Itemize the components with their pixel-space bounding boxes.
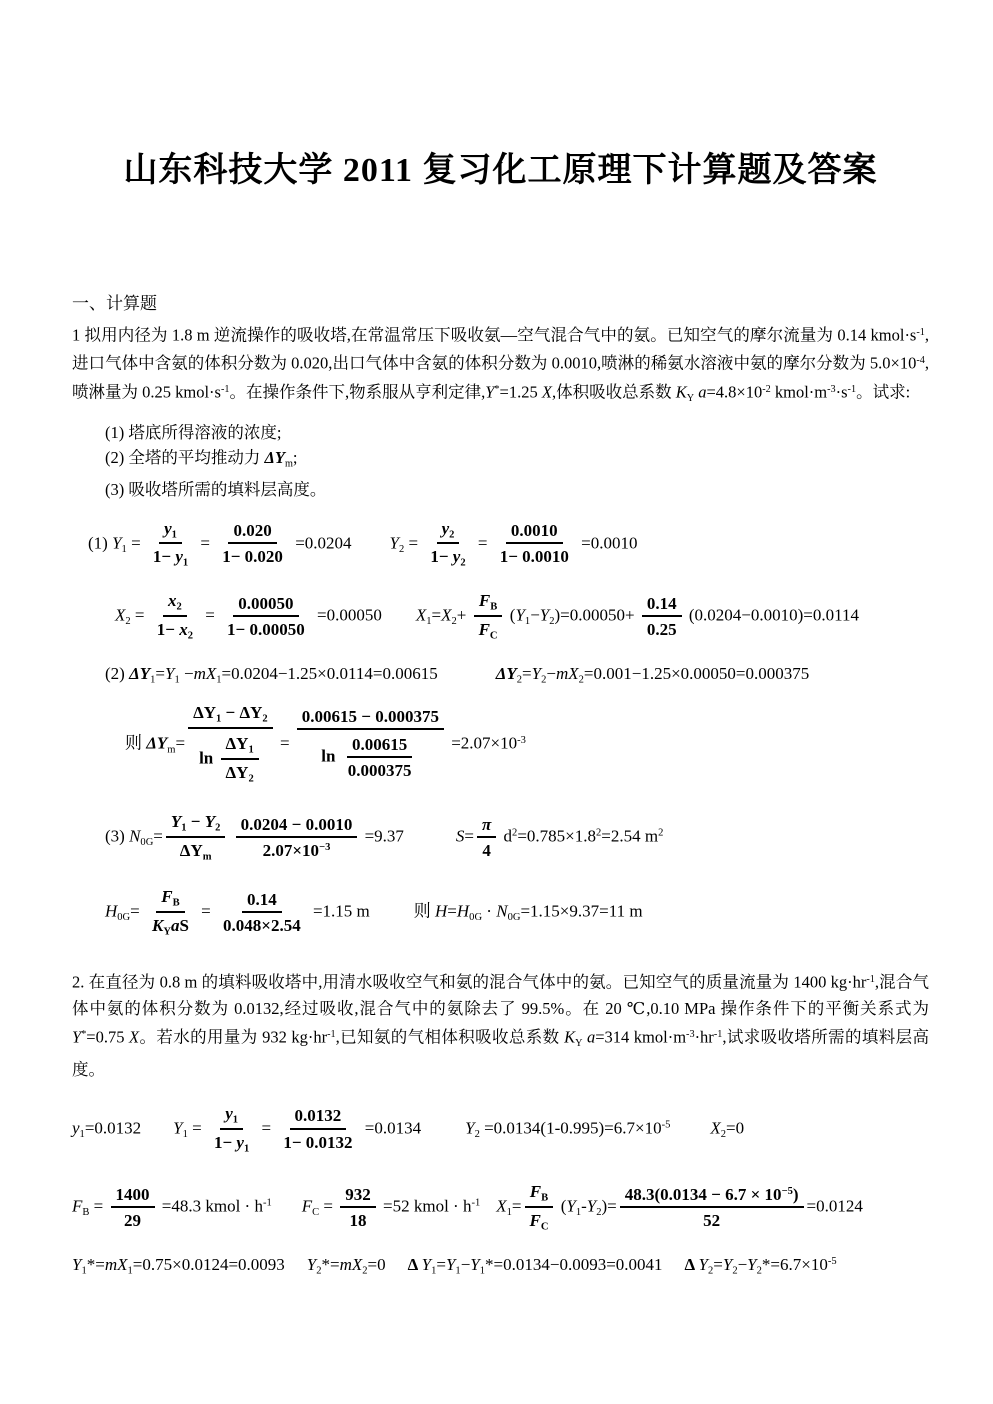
fraction: 0.006150.000375 (343, 734, 417, 782)
text-token: − (221, 703, 239, 722)
text-token: 则 (125, 734, 146, 753)
text-token: Δ (685, 1255, 699, 1274)
text-token: Y (723, 1255, 732, 1274)
text-token: -1 (916, 327, 925, 338)
text-token: = (153, 827, 163, 846)
text-token: X (416, 606, 426, 625)
text-token: -1 (848, 384, 857, 395)
text-token: m (285, 459, 293, 470)
text-token: = (155, 664, 165, 683)
text-token: =1.15×9.37=11 m (520, 901, 642, 920)
text-token: 1 (244, 1143, 249, 1154)
text-token: Y (540, 606, 549, 625)
text-token: −5 (782, 1186, 793, 1197)
fraction: 93218 (340, 1184, 376, 1232)
formula-deltay1-deltay2: (2) ΔY1=Y1 −mX1=0.0204−1.25×0.0114=0.006… (105, 663, 929, 688)
text-token: ·hr (695, 1027, 714, 1046)
text-token: − (180, 664, 194, 683)
spacer (404, 841, 456, 842)
formula-nog-s: (3) N0G=Y1 − Y2ΔYm 0.0204 − 0.00102.07×1… (105, 809, 929, 866)
text-token: Y (699, 1255, 708, 1274)
text-token: ln (199, 748, 217, 767)
formula-y1-y2: (1) Y1 = y11− y1 = 0.0201− 0.020 =0.0204… (88, 516, 929, 573)
text-token: 2 (188, 631, 193, 642)
text-token: *= (87, 1255, 105, 1274)
text-token: 52 (703, 1211, 720, 1230)
fraction: ΔY1ΔY2 (221, 733, 259, 786)
text-token: 1− (214, 1133, 236, 1152)
text-token: =0.0010 (577, 533, 638, 552)
text-token: Y (163, 927, 171, 938)
text-token: y (175, 547, 183, 566)
problem1-question-2: (2) 全塔的平均推动力 ΔYm; (105, 445, 929, 477)
text-token: -5 (828, 1256, 837, 1267)
text-token: =0.0124 (807, 1197, 863, 1216)
text-token: = (130, 901, 144, 920)
text-token: 0.048×2.54 (223, 916, 301, 935)
text-token: y (72, 1118, 80, 1137)
text-token: ( (556, 1197, 566, 1216)
text-token: X (710, 1118, 720, 1137)
problem1-statement: 1 拟用内径为 1.8 m 逆流操作的吸收塔,在常温常压下吸收氨—空气混合气中的… (72, 320, 929, 412)
text-token: -3 (827, 384, 836, 395)
text-token: y (236, 1133, 244, 1152)
text-token: = (404, 533, 422, 552)
text-token: 4 (482, 841, 491, 860)
text-token: =2.07×10 (447, 734, 517, 753)
text-token: mX (194, 664, 217, 683)
text-token: 1− (430, 547, 452, 566)
spacer (438, 678, 496, 679)
text-token: 0G (117, 912, 130, 923)
text-token: =9.37 (360, 827, 404, 846)
text-token: 。试求: (856, 382, 910, 401)
text-token: *=6.7×10 (762, 1255, 828, 1274)
text-token: = (431, 606, 441, 625)
text-token: 0.0204 − 0.0010 (241, 815, 353, 834)
text-token: =0.75×0.0124=0.0093 (133, 1255, 285, 1274)
text-token: 0.000375 (348, 761, 412, 780)
text-token: N (496, 901, 507, 920)
text-token: 2 (176, 602, 181, 613)
text-token: = (447, 901, 457, 920)
text-token: =0.75 (86, 1027, 129, 1046)
text-token: 1− 0.0010 (500, 547, 569, 566)
text-token: =0 (368, 1255, 386, 1274)
spacer (480, 1211, 496, 1212)
text-token: *= (322, 1255, 340, 1274)
text-token: B (173, 898, 180, 909)
text-token: y (225, 1104, 233, 1123)
text-token: (0.0204−0.0010)=0.0114 (685, 606, 859, 625)
fraction: 0.0201− 0.020 (217, 520, 288, 568)
text-token: = (319, 1197, 337, 1216)
text-token: F (530, 1211, 541, 1230)
text-token: =0.0204−1.25×0.0114=0.00615 (222, 664, 438, 683)
spacer (370, 915, 414, 916)
text-token: -1 (327, 1029, 336, 1040)
text-token: −3 (319, 843, 330, 854)
text-token: -3 (517, 735, 526, 746)
text-token: = (257, 1118, 275, 1137)
text-token: =314 kmol·m (595, 1027, 686, 1046)
text-token: = (713, 1255, 723, 1274)
text-token: = (512, 1197, 522, 1216)
fraction: 0.140.048×2.54 (218, 889, 306, 937)
text-token: mX (556, 664, 579, 683)
fraction: 48.3(0.0134 − 6.7 × 10−5)52 (620, 1184, 804, 1232)
text-token: F (302, 1197, 312, 1216)
text-token: a (587, 1027, 595, 1046)
text-token: Y (307, 1255, 316, 1274)
text-token: ΔY (180, 841, 203, 860)
text-token: X (496, 1197, 506, 1216)
text-token: ΔY (193, 703, 216, 722)
text-token: =0 (726, 1118, 744, 1137)
text-token: -1 (263, 1198, 272, 1209)
text-token: H (457, 901, 469, 920)
text-token: Δ (408, 1255, 422, 1274)
text-token: =0.0132 (85, 1118, 141, 1137)
text-token: Y (747, 1255, 756, 1274)
text-token: ) (793, 1185, 799, 1204)
text-token: =0.785×1.8 (517, 827, 596, 846)
text-token: X (129, 1027, 139, 1046)
text-token: =1.25 (500, 382, 542, 401)
text-token: 则 (414, 901, 435, 920)
text-token: B (541, 1193, 548, 1204)
text-token: ( (506, 606, 516, 625)
text-token: ln (321, 747, 339, 766)
fraction: 0.0204 − 0.00102.07×10−3 (236, 814, 358, 862)
text-token: ,已知氨的气相体积吸收总系数 (336, 1027, 564, 1046)
text-token: (3) (105, 827, 129, 846)
text-token: 0.14 (647, 594, 677, 613)
text-token: Y (566, 1197, 575, 1216)
text-token (228, 827, 232, 846)
text-token: Y (446, 1255, 455, 1274)
text-token: Y (587, 1197, 596, 1216)
text-token: Y (171, 812, 181, 831)
text-token: ΔY (226, 763, 249, 782)
text-token: − (461, 1255, 471, 1274)
text-token: 0G (508, 912, 521, 923)
text-token: 0.0010 (511, 521, 558, 540)
text-token: =0.0134(1-0.995)=6.7×10 (480, 1118, 662, 1137)
text-token: -1 (866, 974, 875, 985)
spacer (141, 1132, 173, 1133)
text-token: 2 (460, 558, 465, 569)
problem2-statement: 2. 在直径为 0.8 m 的填料吸收塔中,用清水吸收空气和氨的混合气体中的氨。… (72, 967, 929, 1083)
text-token: 0.25 (647, 620, 677, 639)
text-token: C (490, 631, 498, 642)
text-token: 2. 在直径为 0.8 m 的填料吸收塔中,用清水吸收空气和氨的混合气体中的氨。… (72, 973, 866, 992)
text-token: Y (173, 1118, 182, 1137)
text-token: mX (105, 1255, 128, 1274)
text-token: 1− 0.0132 (283, 1133, 352, 1152)
text-token: = (276, 734, 294, 753)
text-token: ΔY (226, 734, 249, 753)
text-token: X (441, 606, 451, 625)
text-token: · (482, 901, 496, 920)
text-token: 。在操作条件下,物系服从亨利定律, (229, 382, 485, 401)
text-token: ΔY (129, 664, 150, 683)
text-token: -1 (471, 1198, 480, 1209)
text-token: B (490, 602, 497, 613)
text-token: =0.00050 (313, 606, 382, 625)
text-token: ΔY (239, 703, 262, 722)
text-token: 1400 (116, 1185, 150, 1204)
text-token: x (179, 620, 188, 639)
document-page: 山东科技大学 2011 复习化工原理下计算题及答案 一、计算题 1 拟用内径为 … (0, 150, 993, 1279)
text-token: ,体积吸收总系数 (552, 382, 676, 401)
spacer (670, 1132, 710, 1133)
fraction: 0.01321− 0.0132 (278, 1105, 357, 1153)
text-token: K (564, 1027, 575, 1046)
text-token: 1 (248, 744, 253, 755)
fraction: y21− y2 (425, 518, 470, 571)
text-token: 0.00050 (238, 594, 293, 613)
fraction: y11− y1 (209, 1103, 254, 1156)
text-token: = (436, 1255, 446, 1274)
page-title: 山东科技大学 2011 复习化工原理下计算题及答案 (72, 150, 929, 193)
text-token: ; (293, 448, 298, 467)
text-token: − (530, 606, 540, 625)
text-token: S (179, 916, 188, 935)
text-token: 2 (262, 714, 267, 725)
text-token: N (129, 827, 140, 846)
spacer (272, 1211, 302, 1212)
text-token: 0.00615 − 0.000375 (302, 707, 439, 726)
text-token: Y (72, 1027, 81, 1046)
text-token: H (105, 901, 117, 920)
text-token: =2.54 m (601, 827, 658, 846)
text-token: ΔY (146, 734, 167, 753)
fraction: 140029 (111, 1184, 155, 1232)
text-token: Y (465, 1118, 474, 1137)
text-token: =1.15 m (309, 901, 370, 920)
text-token: ·s (836, 382, 848, 401)
fraction: FBFC (525, 1181, 554, 1234)
text-token: Y (687, 393, 694, 404)
problem1-question-1: (1) 塔底所得溶液的浓度; (105, 420, 929, 445)
text-token: -4 (916, 355, 925, 366)
text-token: = (201, 606, 219, 625)
text-token: (1) 塔底所得溶液的浓度; (105, 423, 281, 442)
fraction: 0.000501− 0.00050 (222, 593, 310, 641)
text-token: 。若水的用量为 932 kg·hr (139, 1027, 327, 1046)
text-token: − (546, 664, 556, 683)
formula-deltaym: 则 ΔYm=ΔY1 − ΔY2ln ΔY1ΔY2 = 0.00615 − 0.0… (125, 700, 929, 790)
text-token: π (482, 815, 491, 834)
fraction: 0.00101− 0.0010 (495, 520, 574, 568)
text-token: 1− 0.020 (222, 547, 283, 566)
fraction: y11− y1 (148, 518, 193, 571)
fraction: 0.140.25 (642, 593, 682, 641)
text-token: =48.3 kmol · h (158, 1197, 263, 1216)
text-token: ΔY (496, 664, 517, 683)
text-token: X (115, 606, 125, 625)
text-token: m (167, 744, 175, 755)
text-token: Y (390, 533, 399, 552)
text-token: =0.0134 (361, 1118, 422, 1137)
text-token: C (541, 1222, 549, 1233)
text-token: 0G (140, 837, 153, 848)
text-token: =4.8×10 (706, 382, 762, 401)
text-token: = (196, 533, 214, 552)
text-token: 18 (350, 1211, 367, 1230)
spacer (352, 547, 390, 548)
text-token: 932 (345, 1185, 371, 1204)
text-token: 0G (469, 912, 482, 923)
text-token: 1− (153, 547, 175, 566)
text-token: + (457, 606, 471, 625)
text-token: =52 kmol · h (379, 1197, 472, 1216)
text-token: 2 (248, 773, 253, 784)
formula-p2-y-values: y1=0.0132Y1 = y11− y1 = 0.01321− 0.0132 … (72, 1101, 929, 1158)
text-token: Y (205, 812, 215, 831)
text-token: Y (515, 606, 524, 625)
problem1-questions: (1) 塔底所得溶液的浓度; (2) 全塔的平均推动力 ΔYm; (3) 吸收塔… (72, 420, 929, 502)
text-token: K (152, 916, 163, 935)
text-token: = (522, 664, 532, 683)
fraction: ΔY1 − ΔY2ln ΔY1ΔY2 (188, 702, 273, 788)
formula-x2-x1: X2 = x21− x2 = 0.000501− 0.00050 =0.0005… (115, 588, 929, 645)
text-token: H (435, 901, 447, 920)
text-token: )=0.00050+ (555, 606, 639, 625)
text-token: 0.14 (247, 890, 277, 909)
text-token: 2 (449, 529, 454, 540)
fraction: FBKYaS (147, 886, 194, 939)
text-token: m (203, 852, 212, 863)
text-token: X (542, 382, 552, 401)
text-token: 2 (658, 828, 663, 839)
text-token: F (479, 620, 490, 639)
text-token: Y (112, 533, 121, 552)
text-token: 0.00615 (352, 735, 407, 754)
text-token: -3 (686, 1029, 695, 1040)
text-token: mX (340, 1255, 363, 1274)
spacer (285, 1269, 307, 1270)
text-token: 2 (215, 823, 220, 834)
text-token: = (197, 901, 215, 920)
text-token: (2) (105, 664, 129, 683)
text-token: − (738, 1255, 748, 1274)
text-token: = (188, 1118, 206, 1137)
text-token: − (187, 812, 205, 831)
text-token: -5 (662, 1119, 671, 1130)
text-token: = (176, 734, 186, 753)
text-token: d (499, 827, 512, 846)
text-token: Y (470, 1255, 479, 1274)
text-token: = (131, 606, 149, 625)
formula-p2-ystar-deltay: Y1*=mX1=0.75×0.0124=0.0093Y2*=mX2=0Δ Y1=… (72, 1254, 929, 1279)
text-token: (2) 全塔的平均推动力 (105, 448, 265, 467)
fraction: x21− x2 (152, 590, 198, 643)
text-token: Y (532, 664, 541, 683)
text-token: -2 (762, 384, 771, 395)
fraction: 0.00615 − 0.000375ln 0.006150.000375 (297, 706, 444, 784)
fraction: FBFC (474, 590, 503, 643)
text-token: (1) (88, 533, 112, 552)
spacer (421, 1132, 465, 1133)
spacer (386, 1269, 408, 1270)
fraction: π4 (477, 814, 496, 862)
text-token: =0.001−1.25×0.00050=0.000375 (584, 664, 809, 683)
text-token: F (479, 591, 490, 610)
text-token: F (161, 887, 172, 906)
text-token: 1 拟用内径为 1.8 m 逆流操作的吸收塔,在常温常压下吸收氨—空气混合气中的… (72, 325, 916, 344)
text-token: 1− 0.00050 (227, 620, 305, 639)
text-token: = (89, 1197, 107, 1216)
problem1-question-3: (3) 吸收塔所需的填料层高度。 (105, 477, 929, 502)
text-token: y (442, 519, 450, 538)
formula-p2-flows-x1: FB = 140029 =48.3 kmol · h-1FC = 93218 =… (72, 1179, 929, 1236)
text-token: = (464, 827, 474, 846)
section-heading: 一、计算题 (72, 289, 929, 314)
fraction: Y1 − Y2ΔYm (166, 811, 226, 864)
text-token: (3) 吸收塔所需的填料层高度。 (105, 480, 326, 499)
text-token: = (127, 533, 145, 552)
text-token: F (530, 1182, 541, 1201)
text-token: y (164, 519, 172, 538)
text-token: Y (422, 1255, 431, 1274)
text-token: K (676, 382, 687, 401)
text-token: 2.07×10 (263, 841, 319, 860)
text-token: *=0.0134−0.0093=0.0041 (485, 1255, 663, 1274)
formula-hog-h: H0G= FBKYaS = 0.140.048×2.54 =1.15 m则 H=… (105, 884, 929, 941)
text-token: 0.020 (233, 521, 271, 540)
text-token: 48.3(0.0134 − 6.7 × 10 (625, 1185, 782, 1204)
spacer (663, 1269, 685, 1270)
text-token: = (474, 533, 492, 552)
text-token: 1− (157, 620, 179, 639)
text-token: ΔY (265, 448, 285, 467)
text-token: 0.0132 (295, 1106, 342, 1125)
text-token: 29 (124, 1211, 141, 1230)
text-token: )= (602, 1197, 617, 1216)
text-token: 1 (183, 558, 188, 569)
spacer (382, 620, 416, 621)
text-token: =0.0204 (291, 533, 352, 552)
text-token: kmol·m (771, 382, 827, 401)
text-token: F (72, 1197, 82, 1216)
text-token: 1 (172, 529, 177, 540)
text-token: 1 (233, 1114, 238, 1125)
